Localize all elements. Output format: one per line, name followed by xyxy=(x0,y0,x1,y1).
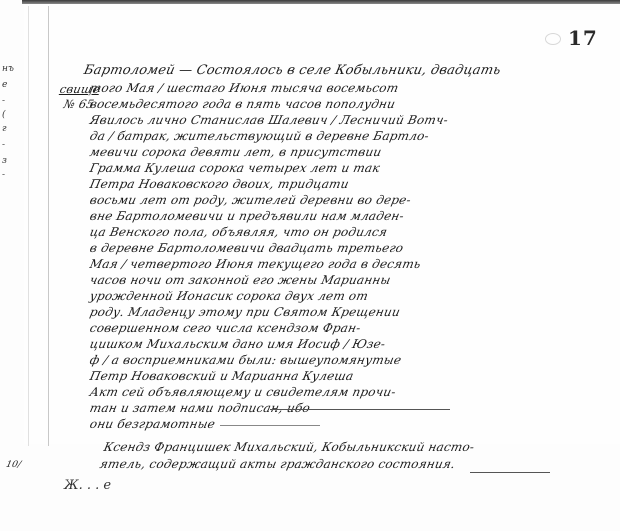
record-line: Мая / четвертого Июня текущего года в де… xyxy=(89,257,423,271)
faint-stamp-mark xyxy=(545,33,561,45)
record-line: того Мая / шестаго Июня тысяча восемьсот xyxy=(89,81,400,95)
edge-fragment: нъ xyxy=(2,64,14,74)
signature-flourish xyxy=(470,472,550,473)
record-line: ца Венского пола, объявляя, что он родил… xyxy=(89,225,389,239)
record-line: восемьдесятого года в пять часов пополуд… xyxy=(89,97,397,111)
line-flourish xyxy=(270,409,450,410)
record-line: Петра Новаковского двоих, тридцати xyxy=(89,177,351,191)
record-line: в деревне Бартоломевичи двадцать третьег… xyxy=(89,241,405,255)
scanned-page: 17 нъ е - ( г - з - свище № 65 10/ Барто… xyxy=(0,0,620,531)
record-line: Грамма Кулеша сорока четырех лет и так xyxy=(89,161,382,175)
record-line: урожденной Ионасик сорока двух лет от xyxy=(89,289,370,303)
line-flourish xyxy=(220,425,320,426)
record-line: роду. Младенцу этому при Святом Крещении xyxy=(89,305,402,319)
record-line: восьми лет от роду, жителей деревни во д… xyxy=(89,193,413,207)
edge-fragment: - xyxy=(2,140,5,150)
margin-rule-outer xyxy=(28,6,29,446)
record-line: Петр Новаковский и Марианна Кулеша xyxy=(89,369,355,383)
record-line: цишком Михальским дано имя Иосиф / Юзе- xyxy=(89,337,387,351)
edge-fragment: - xyxy=(2,96,5,106)
record-line: вне Бартоломевичи и предъявили нам младе… xyxy=(89,209,406,223)
edge-fragment: - xyxy=(2,170,5,180)
margin-bottom-mark: 10/ xyxy=(5,460,22,470)
edge-fragment: е xyxy=(2,80,7,90)
edge-fragment: г xyxy=(2,124,7,134)
signature-line: ятель, содержащий акты гражданского сост… xyxy=(99,457,457,471)
signature-line: Ксендз Францишек Михальский, Кобыльникск… xyxy=(103,440,476,454)
edge-fragment: з xyxy=(2,156,7,166)
record-line: Акт сей объявляющему и свидетелям прочи- xyxy=(89,385,398,399)
record-line: тан и затем нами подписан, ибо xyxy=(89,401,312,415)
margin-rule xyxy=(48,6,49,446)
record-line: да / батрак, жительствующий в деревне Ба… xyxy=(89,129,431,143)
bottom-scribble: Ж. . . е xyxy=(64,478,111,493)
edge-fragment: ( xyxy=(2,110,6,120)
page-number: 17 xyxy=(568,26,598,50)
record-line: часов ночи от законной его жены Марианны xyxy=(89,273,393,287)
record-line: ф / а восприемниками были: вышеупомянуты… xyxy=(89,353,403,367)
record-line: они безграмотные xyxy=(89,417,217,431)
record-line: совершенном сего числа ксендзом Фран- xyxy=(89,321,363,335)
record-line: мевичи сорока девяти лет, в присутствии xyxy=(89,145,383,159)
record-line: Явилось лично Станислав Шалевич / Леснич… xyxy=(89,113,450,127)
record-line: Бартоломей — Состоялось в селе Кобыльник… xyxy=(82,63,502,78)
